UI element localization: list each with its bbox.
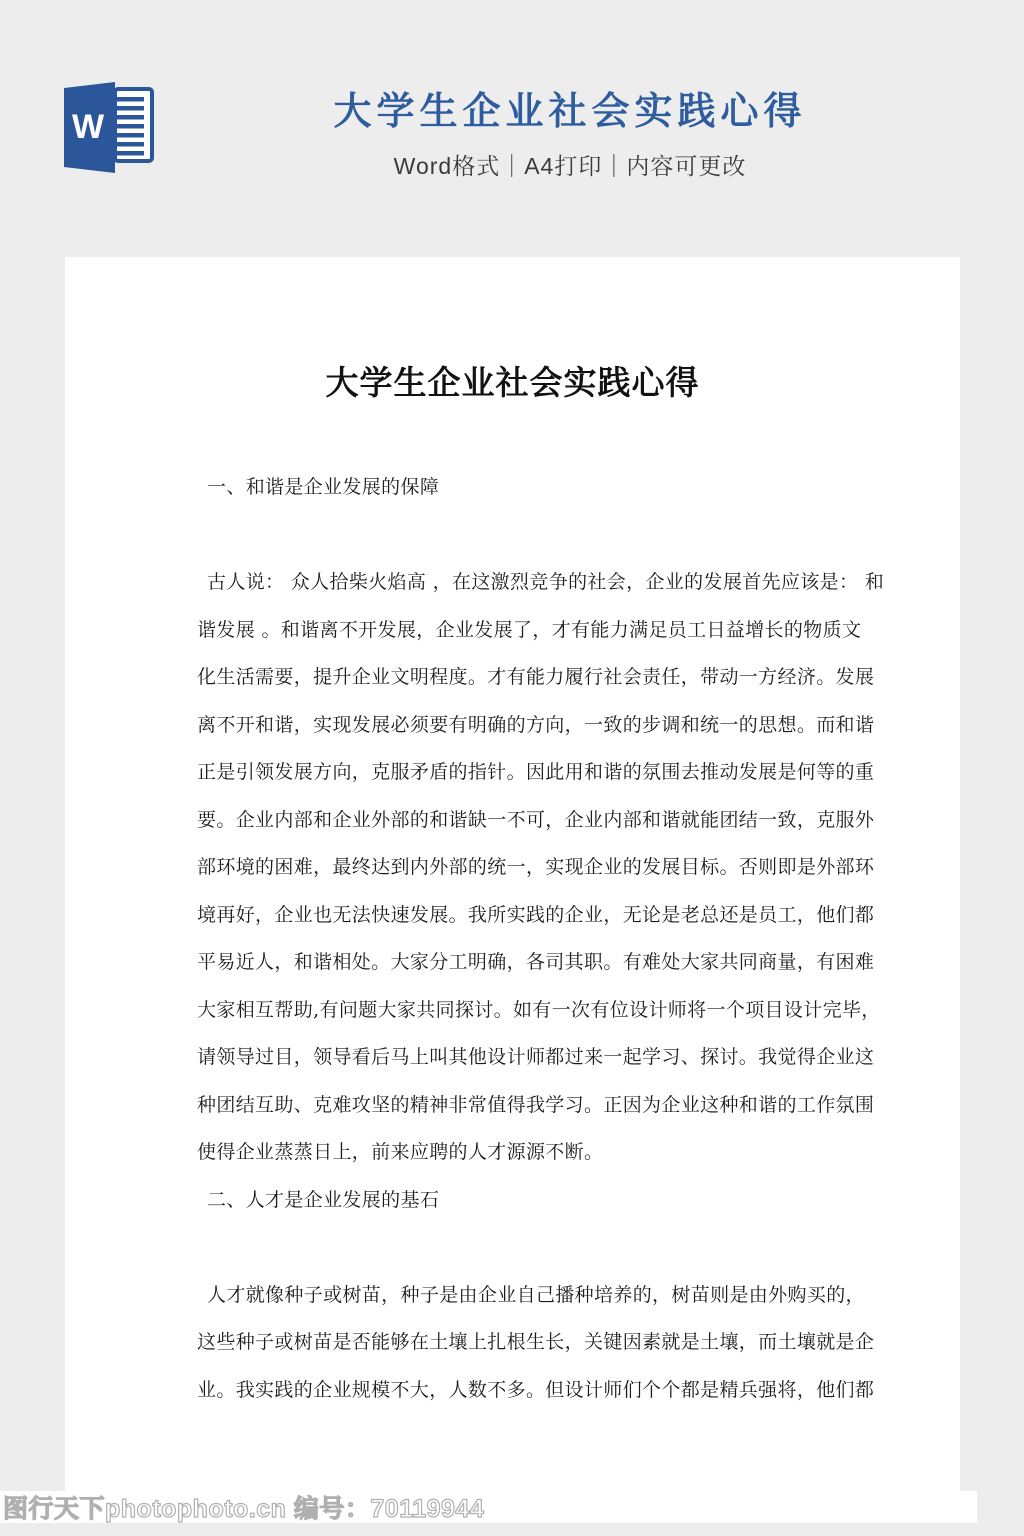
doc-text-line: 谐发展 。和谐离不开发展，企业发展了，才有能力满足员工日益增长的物质文 [197, 607, 872, 655]
section-heading: 一、和谐是企业发展的保障 [197, 464, 872, 512]
doc-text-line: 这些种子或树苗是否能够在土壤上扎根生长，关键因素就是土壤，而土壤就是企 [197, 1319, 872, 1367]
document-body: 一、和谐是企业发展的保障古人说： 众人拾柴火焰高 ，在这激烈竞争的社会，企业的发… [65, 464, 960, 1414]
doc-text-line: 部环境的困难，最终达到内外部的统一，实现企业的发展目标。否则即是外部环 [197, 844, 872, 892]
doc-text-line: 化生活需要，提升企业文明程度。才有能力履行社会责任，带动一方经济。发展 [197, 654, 872, 702]
doc-text-line: 业。我实践的企业规模不大，人数不多。但设计师们个个都是精兵强将，他们都 [197, 1367, 872, 1415]
doc-text-line: 正是引领发展方向，克服矛盾的指针。因此用和谐的氛围去推动发展是何等的重 [197, 749, 872, 797]
watermark-text: 图行天下photophoto.cn 编号：70119944 [0, 1489, 484, 1525]
screen: W 大学生企业社会实践心得 Word格式｜A4打印｜内容可更改 大学生企业社会实… [0, 0, 1024, 1536]
doc-section: 二、人才是企业发展的基石人才就像种子或树苗，种子是由企业自己播种培养的，树苗则是… [197, 1177, 872, 1415]
document-page: 大学生企业社会实践心得 一、和谐是企业发展的保障古人说： 众人拾柴火焰高 ，在这… [65, 257, 960, 1493]
doc-text-line: 大家相互帮助,有问题大家共同探讨。如有一次有位设计师将一个项目设计完毕， [197, 987, 872, 1035]
header-subtitle: Word格式｜A4打印｜内容可更改 [156, 148, 984, 181]
document-title: 大学生企业社会实践心得 [65, 359, 960, 407]
section-heading: 二、人才是企业发展的基石 [197, 1177, 872, 1225]
doc-text-line: 平易近人，和谐相处。大家分工明确，各司其职。有难处大家共同商量，有困难 [197, 939, 872, 987]
doc-text-line: 古人说： 众人拾柴火焰高 ，在这激烈竞争的社会，企业的发展首先应该是： 和 [197, 559, 872, 607]
doc-section: 一、和谐是企业发展的保障古人说： 众人拾柴火焰高 ，在这激烈竞争的社会，企业的发… [197, 464, 872, 1177]
header-title: 大学生企业社会实践心得 [156, 92, 984, 134]
header-text: 大学生企业社会实践心得 Word格式｜A4打印｜内容可更改 [156, 0, 984, 181]
word-icon-letter: W [72, 108, 105, 146]
blank-line [197, 1224, 872, 1272]
doc-text-line: 离不开和谐，实现发展必须要有明确的方向，一致的步调和统一的思想。而和谐 [197, 702, 872, 750]
word-logo-icon: W [64, 82, 156, 174]
doc-text-line: 境再好，企业也无法快速发展。我所实践的企业，无论是老总还是员工，他们都 [197, 892, 872, 940]
doc-text-line: 人才就像种子或树苗，种子是由企业自己播种培养的，树苗则是由外购买的， [197, 1272, 872, 1320]
blank-line [197, 512, 872, 560]
word-document-icon: W [64, 82, 156, 174]
watermark-bar: 图行天下photophoto.cn 编号：70119944 [0, 1491, 977, 1523]
doc-text-line: 请领导过目，领导看后马上叫其他设计师都过来一起学习、探讨。我觉得企业这 [197, 1034, 872, 1082]
doc-text-line: 种团结互助、克难攻坚的精神非常值得我学习。正因为企业这种和谐的工作氛围 [197, 1082, 872, 1130]
doc-text-line: 使得企业蒸蒸日上，前来应聘的人才源源不断。 [197, 1129, 872, 1177]
doc-text-line: 要。企业内部和企业外部的和谐缺一不可，企业内部和谐就能团结一致，克服外 [197, 797, 872, 845]
